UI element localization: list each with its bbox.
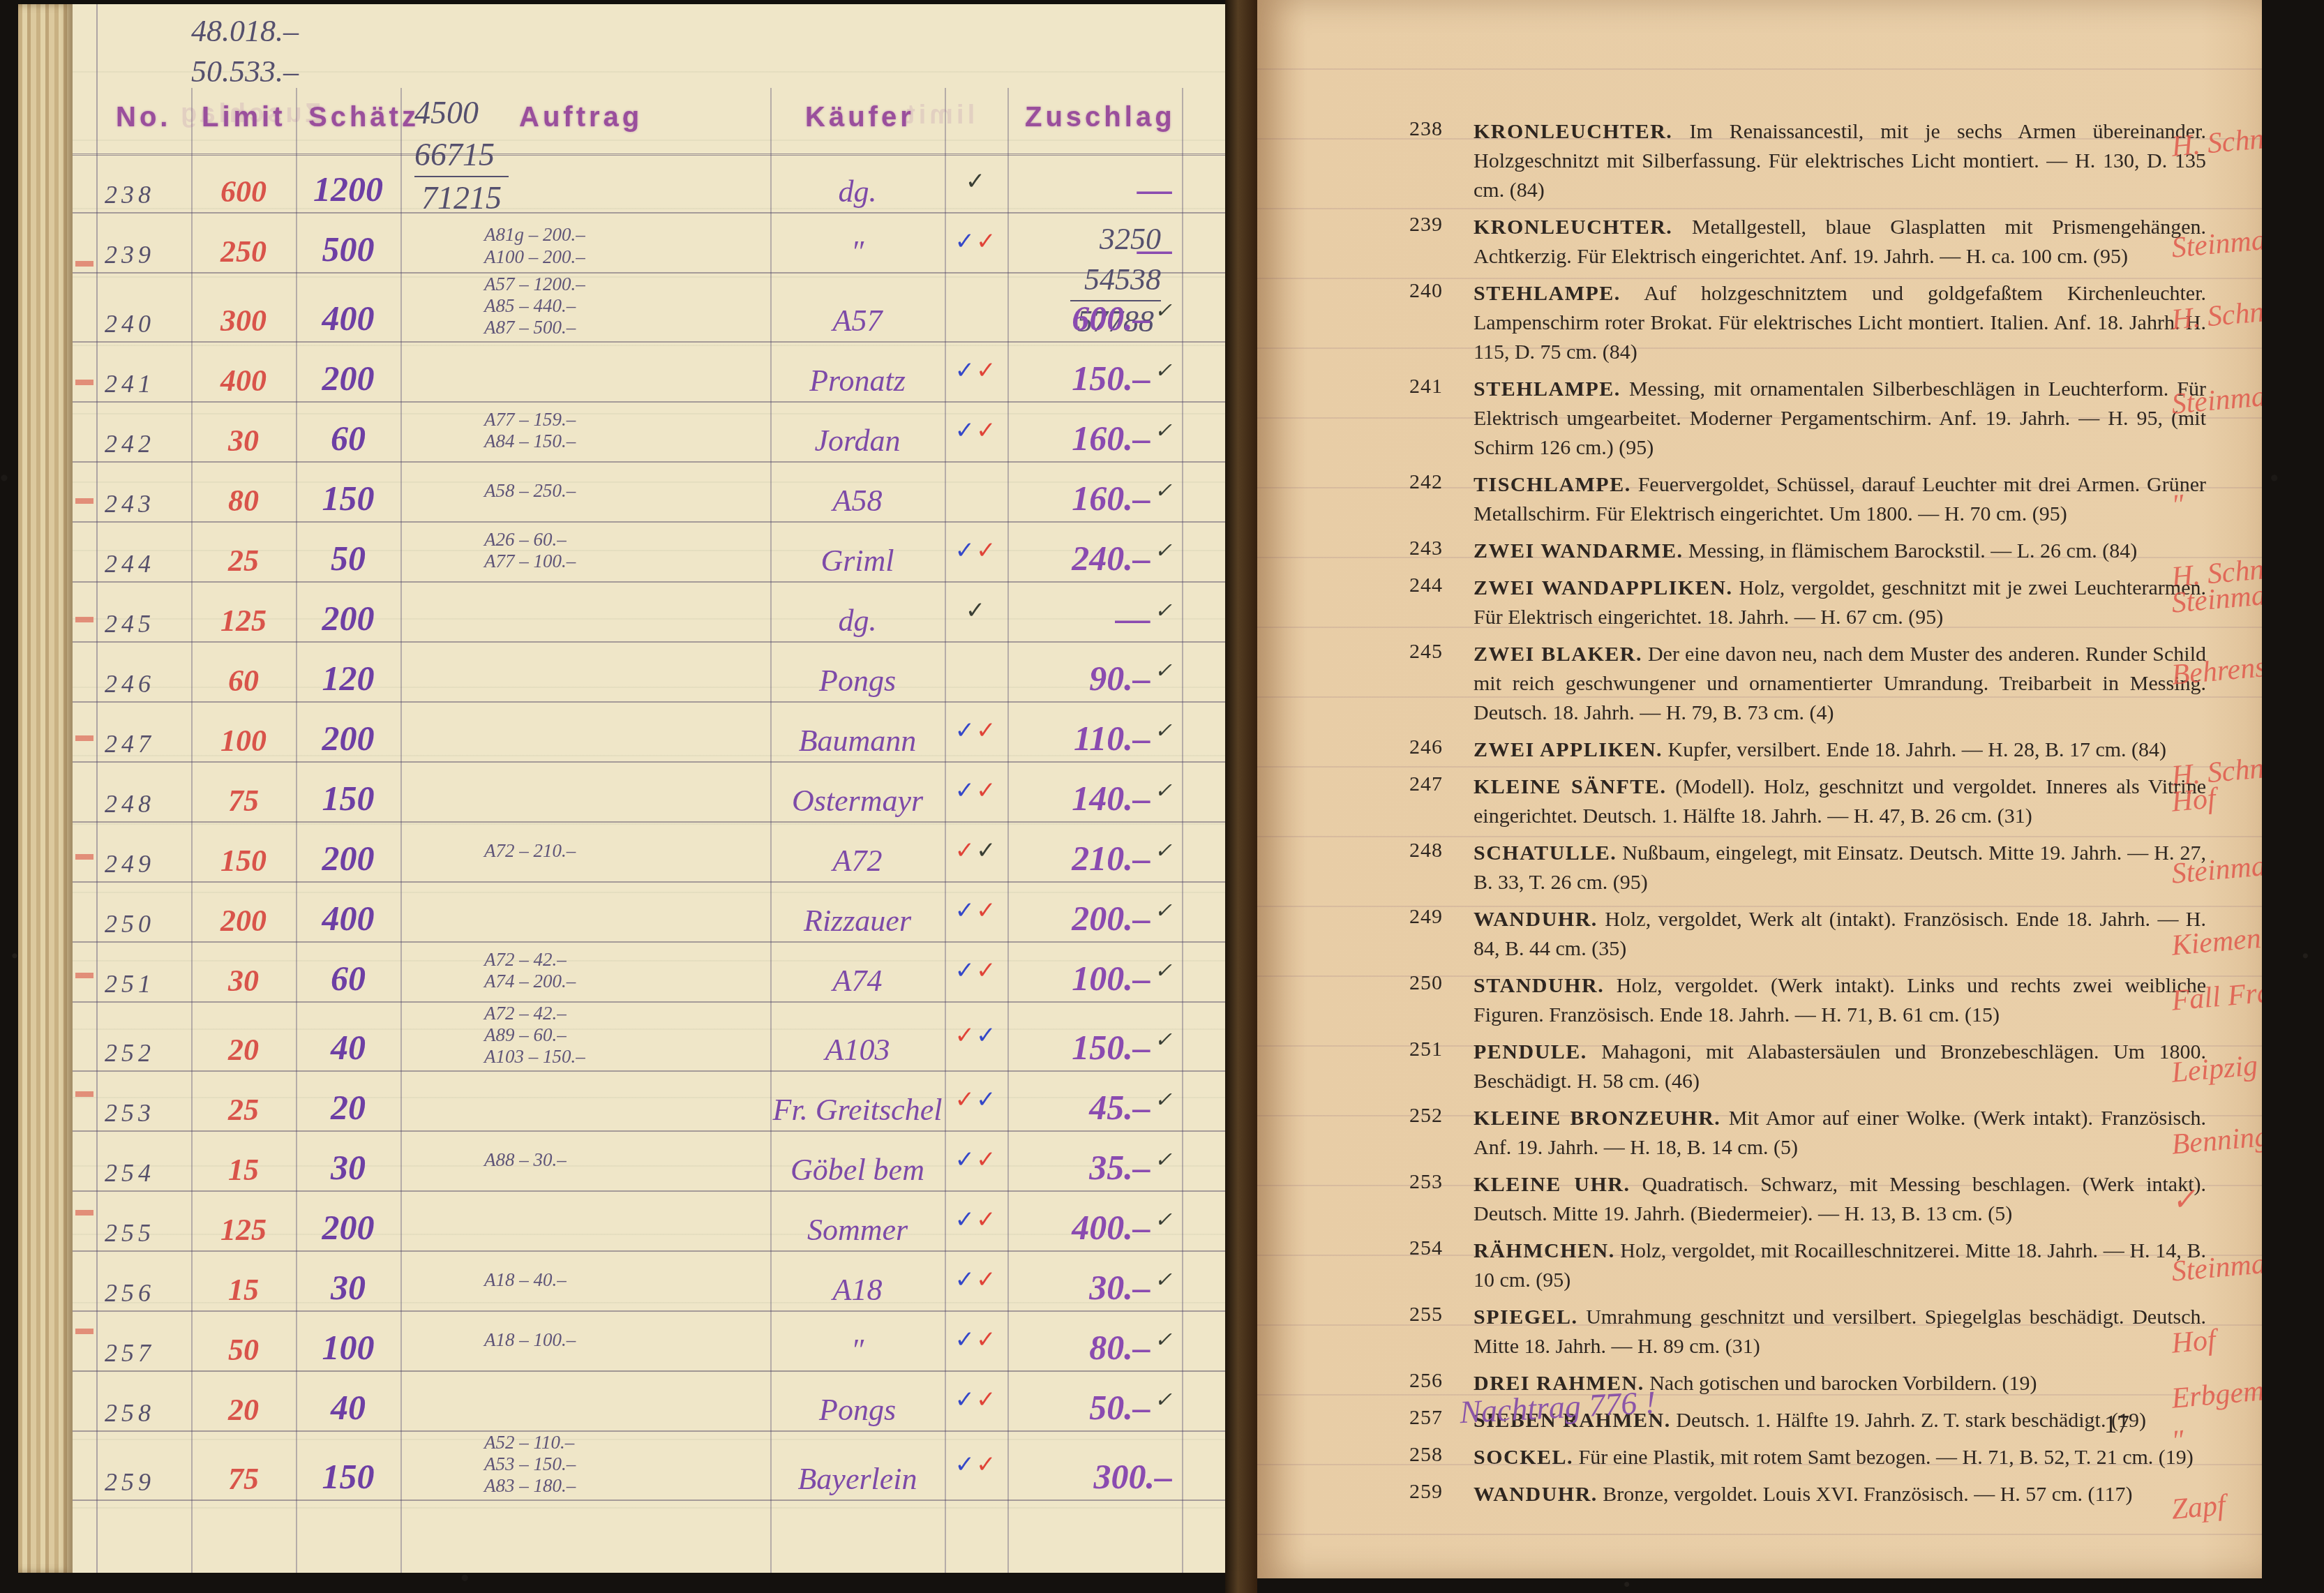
auftrag-bid-line: A58 – 250.– xyxy=(484,480,770,502)
catalog-entry: 259 WANDUHR. Bronze, vergoldet. Louis XV… xyxy=(1257,1480,2262,1509)
blue-checkmark-icon: ✓ xyxy=(955,1452,977,1478)
limit-value: 150 xyxy=(191,843,296,878)
dark-checkmark-icon: ✓ xyxy=(1155,1149,1172,1172)
hammer-price: 50.–✓ xyxy=(1007,1387,1182,1428)
entry-description: Kupfer, versilbert. Ende 18. Jahrh. — H.… xyxy=(1668,738,2166,761)
ledger-row: 255 125 200 Sommer ✓✓ 400.–✓ xyxy=(73,1192,1225,1252)
blue-checkmark-icon: ✓ xyxy=(955,1327,977,1353)
entry-text: WANDUHR. Bronze, vergoldet. Louis XVI. F… xyxy=(1474,1480,2206,1509)
check-marks: ✓✓ xyxy=(945,897,1007,925)
auftrag-bid-line: A52 – 110.– xyxy=(484,1432,770,1453)
dark-checkmark-icon: ✓ xyxy=(1155,839,1172,862)
ledger-row: 253 25 20 Fr. Greitschel ✓✓ 45.–✓ xyxy=(73,1072,1225,1132)
limit-totals: 48.018.– 50.533.– xyxy=(191,11,770,92)
lot-number: 250 xyxy=(100,909,191,938)
ledger-row: 257 50 100 A18 – 100.– ″ ✓✓ 80.–✓ xyxy=(73,1312,1225,1372)
entry-title: SOCKEL. xyxy=(1474,1446,1573,1469)
hammer-price: 140.–✓ xyxy=(1007,778,1182,818)
limit-value: 75 xyxy=(191,1461,296,1497)
entry-title: KRONLEUCHTER. xyxy=(1474,216,1672,239)
buyer-name: Jordan xyxy=(770,423,945,458)
dark-checkmark-icon: ✓ xyxy=(1155,719,1172,742)
hammer-price: 160.–✓ xyxy=(1007,418,1182,458)
ledger-row: 242 30 60 A77 – 159.–A84 – 150.– Jordan … xyxy=(73,403,1225,463)
catalog-entry: 247 KLEINE SÄNFTE. (Modell). Holz, gesch… xyxy=(1257,772,2262,831)
auftrag-bid-line: A26 – 60.– xyxy=(484,529,770,551)
hammer-price: 150.–✓ xyxy=(1007,358,1182,398)
entry-number: 253 xyxy=(1409,1170,1465,1194)
auftrag-bid-line: A77 – 100.– xyxy=(484,551,770,572)
estimate-value: 60 xyxy=(296,958,400,999)
lot-number: 240 xyxy=(100,309,191,338)
buyer-name: Pongs xyxy=(770,663,945,698)
entry-title: TISCHLAMPE. xyxy=(1474,473,1631,496)
entry-number: 243 xyxy=(1409,537,1465,560)
entry-number: 239 xyxy=(1409,213,1465,237)
dark-checkmark-icon: ✓ xyxy=(1155,1029,1172,1052)
auftrag-bids: A77 – 159.–A84 – 150.– xyxy=(400,409,770,452)
page-block-edge xyxy=(18,4,73,1573)
red-checkmark-icon: ✓ xyxy=(976,778,998,804)
limit-value: 600 xyxy=(191,174,296,209)
limit-value: 15 xyxy=(191,1152,296,1188)
entry-title: ZWEI WANDARME. xyxy=(1474,539,1683,562)
ledger-row: 258 20 40 Pongs ✓✓ 50.–✓ xyxy=(73,1372,1225,1432)
entry-number: 259 xyxy=(1409,1480,1465,1504)
dark-checkmark-icon: ✓ xyxy=(1155,899,1172,922)
check-marks: ✓✓ xyxy=(945,417,1007,444)
check-marks: ✓✓ xyxy=(945,1326,1007,1354)
blue-checkmark-icon: ✓ xyxy=(955,358,977,384)
auftrag-bids: A58 – 250.– xyxy=(400,480,770,502)
buyer-name: A57 xyxy=(770,303,945,338)
check-marks: ✓✓ xyxy=(945,227,1007,255)
blue-checkmark-icon: ✓ xyxy=(955,418,977,444)
entry-number: 252 xyxy=(1409,1104,1465,1128)
catalog-entry: 239 KRONLEUCHTER. Metallgestell, blaue G… xyxy=(1257,213,2262,271)
auftrag-bid-line: A77 – 159.– xyxy=(484,409,770,431)
entry-number: 254 xyxy=(1409,1236,1465,1260)
check-marks: ✓✓ xyxy=(945,957,1007,985)
catalog-entry: 253 KLEINE UHR. Quadratisch. Schwarz, mi… xyxy=(1257,1170,2262,1229)
limit-value: 250 xyxy=(191,234,296,269)
limit-value: 100 xyxy=(191,723,296,758)
entry-number: 246 xyxy=(1409,735,1465,759)
lot-number: 242 xyxy=(100,429,191,458)
ledger-row: 248 75 150 Ostermayr ✓✓ 140.–✓ xyxy=(73,763,1225,823)
lot-number: 248 xyxy=(100,789,191,818)
lot-number: 259 xyxy=(100,1467,191,1497)
entry-title: ZWEI BLAKER. xyxy=(1474,643,1642,666)
auftrag-bid-line: A87 – 500.– xyxy=(484,317,770,338)
lot-number: 251 xyxy=(100,969,191,999)
dark-checkmark-icon: ✓ xyxy=(1155,359,1172,382)
red-checkmark-icon: ✓ xyxy=(976,358,998,384)
ledger-row: 246 60 120 Pongs 90.–✓ xyxy=(73,643,1225,703)
entry-number: 256 xyxy=(1409,1369,1465,1393)
dark-checkmark-icon: ✓ xyxy=(966,598,987,624)
blue-checkmark-icon: ✓ xyxy=(955,1387,977,1413)
catalog-entry: 245 ZWEI BLAKER. Der eine davon neu, nac… xyxy=(1257,640,2262,728)
dark-checkmark-icon: ✓ xyxy=(1155,599,1172,622)
buyer-name: Bayerlein xyxy=(770,1461,945,1497)
entry-text: KLEINE BRONZEUHR. Mit Amor auf einer Wol… xyxy=(1474,1104,2206,1162)
dark-checkmark-icon: ✓ xyxy=(1155,1329,1172,1352)
estimate-value: 150 xyxy=(296,778,400,818)
bleed-through-text: limit xyxy=(903,100,975,130)
limit-value: 200 xyxy=(191,903,296,938)
entry-number: 257 xyxy=(1409,1406,1465,1430)
check-marks: ✓✓ xyxy=(945,1086,1007,1114)
dark-checkmark-icon: ✓ xyxy=(1155,1209,1172,1232)
entry-text: ZWEI BLAKER. Der eine davon neu, nach de… xyxy=(1474,640,2206,728)
estimate-value: 1200 xyxy=(296,169,400,209)
blue-checkmark-icon: ✓ xyxy=(955,229,977,255)
buyer-name: A74 xyxy=(770,963,945,999)
lot-number: 241 xyxy=(100,369,191,398)
lot-number: 244 xyxy=(100,549,191,578)
estimate-value: 30 xyxy=(296,1267,400,1308)
lot-number: 253 xyxy=(100,1098,191,1128)
limit-value: 20 xyxy=(191,1032,296,1068)
ledger-rows: 238 600 1200 dg. ✓ — 239 250 500 ″ ✓✓ — … xyxy=(73,154,1225,1501)
estimate-value: 200 xyxy=(296,838,400,878)
red-checkmark-icon: ✓ xyxy=(955,1023,977,1049)
entry-title: KLEINE BRONZEUHR. xyxy=(1474,1107,1720,1130)
check-marks: ✓✓ xyxy=(945,777,1007,805)
hammer-price: 150.–✓ xyxy=(1007,1027,1182,1068)
lot-number: 246 xyxy=(100,669,191,698)
buyer-name: ″ xyxy=(770,1332,945,1368)
limit-value: 60 xyxy=(191,663,296,698)
lot-number: 249 xyxy=(100,849,191,878)
catalog-page: 238 KRONLEUCHTER. Im Renaissancestil, mi… xyxy=(1257,0,2262,1578)
entry-text: WANDUHR. Holz, vergoldet, Werk alt (inta… xyxy=(1474,905,2206,964)
buyer-name: Pongs xyxy=(770,1392,945,1428)
estimate-value: 150 xyxy=(296,478,400,518)
entry-number: 240 xyxy=(1409,279,1465,303)
entry-title: STANDUHR. xyxy=(1474,974,1604,997)
auftrag-bids: A72 – 42.–A89 – 60.–A103 – 150.– xyxy=(400,1003,770,1068)
entry-title: KRONLEUCHTER. xyxy=(1474,120,1672,143)
dark-checkmark-icon: ✓ xyxy=(1155,299,1172,322)
entry-number: 245 xyxy=(1409,640,1465,664)
ledger-row: 244 25 50 A26 – 60.–A77 – 100.– Griml ✓✓… xyxy=(73,523,1225,583)
blue-checkmark-icon: ✓ xyxy=(955,778,977,804)
catalog-entry: 254 RÄHMCHEN. Holz, vergoldet, mit Rocai… xyxy=(1257,1236,2262,1295)
auftrag-bid-line: A103 – 150.– xyxy=(484,1046,770,1068)
hammer-price: 200.–✓ xyxy=(1007,898,1182,938)
entry-number: 249 xyxy=(1409,905,1465,929)
check-marks: ✓✓ xyxy=(945,1266,1007,1294)
estimate-value: 200 xyxy=(296,598,400,638)
buyer-name: A58 xyxy=(770,483,945,518)
entry-description: Umrahmung geschnitzt und versilbert. Spi… xyxy=(1474,1306,2206,1358)
entry-title: ZWEI APPLIKEN. xyxy=(1474,738,1663,761)
ledger-row: 243 80 150 A58 – 250.– A58 160.–✓ xyxy=(73,463,1225,523)
lot-number: 255 xyxy=(100,1218,191,1248)
catalog-entry: 240 STEHLAMPE. Auf holzgeschnitztem und … xyxy=(1257,279,2262,367)
limit-value: 125 xyxy=(191,1212,296,1248)
check-marks: ✓✓ xyxy=(945,537,1007,564)
catalog-entry: 252 KLEINE BRONZEUHR. Mit Amor auf einer… xyxy=(1257,1104,2262,1162)
auftrag-bid-line: A18 – 100.– xyxy=(484,1329,770,1351)
buyer-name: dg. xyxy=(770,174,945,209)
estimate-value: 400 xyxy=(296,298,400,338)
buyer-name: ″ xyxy=(770,234,945,269)
estimate-value: 120 xyxy=(296,658,400,698)
entry-number: 238 xyxy=(1409,117,1465,141)
ledger-row: 240 300 400 A57 – 1200.–A85 – 440.–A87 –… xyxy=(73,274,1225,343)
page-number: 17 xyxy=(2104,1409,2129,1439)
auftrag-bids: A88 – 30.– xyxy=(400,1149,770,1171)
entry-title: SPIEGEL. xyxy=(1474,1306,1578,1329)
estimate-value: 500 xyxy=(296,229,400,269)
limit-value: 80 xyxy=(191,483,296,518)
buyer-name: Sommer xyxy=(770,1212,945,1248)
entry-title: RÄHMCHEN. xyxy=(1474,1239,1615,1262)
entry-number: 250 xyxy=(1409,971,1465,995)
check-marks: ✓ xyxy=(945,167,1007,195)
entry-title: SCHATULLE. xyxy=(1474,842,1617,865)
leather-cover-right xyxy=(2262,0,2324,1593)
entry-text: KLEINE UHR. Quadratisch. Schwarz, mit Me… xyxy=(1474,1170,2206,1229)
ledger-row: 245 125 200 dg. ✓ —✓ xyxy=(73,583,1225,643)
limit-value: 125 xyxy=(191,603,296,638)
entry-title: KLEINE UHR. xyxy=(1474,1173,1630,1196)
entry-number: 258 xyxy=(1409,1443,1465,1467)
dark-checkmark-icon: ✓ xyxy=(1155,1269,1172,1292)
blue-checkmark-icon: ✓ xyxy=(976,1087,998,1113)
auftrag-bids: A72 – 42.–A74 – 200.– xyxy=(400,949,770,992)
entry-title: STEHLAMPE. xyxy=(1474,377,1621,401)
auftrag-bid-line: A57 – 1200.– xyxy=(484,274,770,295)
buyer-name: Griml xyxy=(770,543,945,578)
entry-description: Für eine Plastik, mit rotem Samt bezogen… xyxy=(1579,1446,2194,1469)
entry-description: Bronze, vergoldet. Louis XVI. Französisc… xyxy=(1603,1483,2132,1506)
ledger-row: 254 15 30 A88 – 30.– Göbel bem ✓✓ 35.–✓ xyxy=(73,1132,1225,1192)
hammer-price: 160.–✓ xyxy=(1007,478,1182,518)
blue-checkmark-icon: ✓ xyxy=(976,1023,998,1049)
ledger-row: 249 150 200 A72 – 210.– A72 ✓✓ 210.–✓ xyxy=(73,823,1225,883)
ledger-row: 241 400 200 Pronatz ✓✓ 150.–✓ xyxy=(73,343,1225,403)
catalog-entry: 243 ZWEI WANDARME. Messing, in flämische… xyxy=(1257,537,2262,566)
entry-number: 247 xyxy=(1409,772,1465,796)
book-spread-photo: No. Limit Schätz Auftrag Käufer Zuschlag… xyxy=(0,0,2324,1593)
hammer-price: 30.–✓ xyxy=(1007,1267,1182,1308)
entry-number: 251 xyxy=(1409,1038,1465,1061)
hammer-price: 400.–✓ xyxy=(1007,1207,1182,1248)
check-marks: ✓✓ xyxy=(945,1451,1007,1479)
entry-title: PENDULE. xyxy=(1474,1040,1587,1063)
limit-value: 300 xyxy=(191,303,296,338)
bleed-through-text: Zuschlag xyxy=(177,99,322,129)
hammer-price: 600.–✓ xyxy=(1007,298,1182,338)
catalog-entry: 258 SOCKEL. Für eine Plastik, mit rotem … xyxy=(1257,1443,2262,1472)
check-marks: ✓ xyxy=(945,597,1007,625)
header-kaeufer: Käufer xyxy=(805,102,915,133)
red-checkmark-icon: ✓ xyxy=(976,1387,998,1413)
red-checkmark-icon: ✓ xyxy=(976,958,998,984)
entry-title: ZWEI WANDAPPLIKEN. xyxy=(1474,576,1732,599)
entry-text: SOCKEL. Für eine Plastik, mit rotem Samt… xyxy=(1474,1443,2206,1472)
blue-checkmark-icon: ✓ xyxy=(955,718,977,744)
blue-checkmark-icon: ✓ xyxy=(955,898,977,924)
auftrag-bid-line: A53 – 150.– xyxy=(484,1453,770,1475)
entry-number: 242 xyxy=(1409,470,1465,494)
red-checkmark-icon: ✓ xyxy=(955,838,977,864)
catalog-entry: 250 STANDUHR. Holz, vergoldet. (Werk int… xyxy=(1257,971,2262,1030)
ledger-row: 238 600 1200 dg. ✓ — xyxy=(73,154,1225,214)
catalog-entry: 251 PENDULE. Mahagoni, mit Alabastersäul… xyxy=(1257,1038,2262,1096)
hammer-price: 110.–✓ xyxy=(1007,718,1182,758)
catalog-entry: 256 DREI RAHMEN. Nach gotischen und baro… xyxy=(1257,1369,2262,1398)
header-zuschlag: Zuschlag xyxy=(1025,102,1176,133)
limit-value: 400 xyxy=(191,363,296,398)
hammer-price: 90.–✓ xyxy=(1007,658,1182,698)
limit-value: 50 xyxy=(191,1332,296,1368)
blue-checkmark-icon: ✓ xyxy=(955,1147,977,1173)
hammer-price: 80.–✓ xyxy=(1007,1327,1182,1368)
limit-value: 25 xyxy=(191,543,296,578)
check-marks: ✓✓ xyxy=(945,1146,1007,1174)
lot-number: 256 xyxy=(100,1278,191,1308)
estimate-value: 150 xyxy=(296,1456,400,1497)
catalog-entry: 244 ZWEI WANDAPPLIKEN. Holz, vergoldet, … xyxy=(1257,574,2262,632)
blue-checkmark-icon: ✓ xyxy=(955,958,977,984)
auftrag-bids: A72 – 210.– xyxy=(400,840,770,862)
dark-checkmark-icon: ✓ xyxy=(1155,779,1172,802)
entry-title: WANDUHR. xyxy=(1474,1483,1598,1506)
ledger-row: 250 200 400 Rizzauer ✓✓ 200.–✓ xyxy=(73,883,1225,943)
auftrag-bid-line: A18 – 40.– xyxy=(484,1269,770,1291)
auftrag-bids: A52 – 110.–A53 – 150.–A83 – 180.– xyxy=(400,1432,770,1497)
ledger-row: 259 75 150 A52 – 110.–A53 – 150.–A83 – 1… xyxy=(73,1432,1225,1501)
buyer-name: Fr. Greitschel xyxy=(770,1092,945,1128)
catalog-entry: 241 STEHLAMPE. Messing, mit ornamentalen… xyxy=(1257,375,2262,463)
estimate-value: 20 xyxy=(296,1087,400,1128)
red-checkmark-icon: ✓ xyxy=(976,1207,998,1233)
red-checkmark-icon: ✓ xyxy=(976,1327,998,1353)
check-marks: ✓✓ xyxy=(945,717,1007,745)
limit-value: 30 xyxy=(191,423,296,458)
lot-number: 243 xyxy=(100,489,191,518)
limit-value: 20 xyxy=(191,1392,296,1428)
auftrag-bid-line: A72 – 42.– xyxy=(484,949,770,971)
entry-number: 244 xyxy=(1409,574,1465,597)
auftrag-bid-line: A83 – 180.– xyxy=(484,1475,770,1497)
check-marks: ✓✓ xyxy=(945,837,1007,865)
dark-checkmark-icon: ✓ xyxy=(1155,479,1172,502)
dark-checkmark-icon: ✓ xyxy=(966,169,987,195)
ledger-sheet: No. Limit Schätz Auftrag Käufer Zuschlag… xyxy=(73,4,1225,1573)
estimate-value: 400 xyxy=(296,898,400,938)
auftrag-bid-line: A72 – 210.– xyxy=(484,840,770,862)
limit-total-1: 48.018.– xyxy=(191,14,299,48)
ledger-row: 251 30 60 A72 – 42.–A74 – 200.– A74 ✓✓ 1… xyxy=(73,943,1225,1003)
lot-number: 252 xyxy=(100,1038,191,1068)
dark-checkmark-icon: ✓ xyxy=(1155,419,1172,442)
blue-checkmark-icon: ✓ xyxy=(955,1267,977,1293)
buyer-name: Rizzauer xyxy=(770,903,945,938)
auftrag-bid-line: A84 – 150.– xyxy=(484,431,770,452)
buyer-name: Baumann xyxy=(770,723,945,758)
entry-text: ZWEI APPLIKEN. Kupfer, versilbert. Ende … xyxy=(1474,735,2206,765)
entry-text: ZWEI WANDAPPLIKEN. Holz, vergoldet, gesc… xyxy=(1474,574,2206,632)
buyer-name: A103 xyxy=(770,1032,945,1068)
entry-text: TISCHLAMPE. Feuervergoldet, Schüssel, da… xyxy=(1474,470,2206,529)
auftrag-bids: A18 – 40.– xyxy=(400,1269,770,1291)
entry-title: WANDUHR. xyxy=(1474,908,1598,931)
lot-number: 258 xyxy=(100,1398,191,1428)
catalog-entry: 242 TISCHLAMPE. Feuervergoldet, Schüssel… xyxy=(1257,470,2262,529)
hammer-price: — xyxy=(1007,169,1182,209)
estimate-value: 200 xyxy=(296,718,400,758)
book-gutter xyxy=(1225,0,1257,1593)
buyer-name: Pronatz xyxy=(770,363,945,398)
check-marks: ✓✓ xyxy=(945,1206,1007,1234)
buyer-name: A72 xyxy=(770,843,945,878)
check-marks: ✓✓ xyxy=(945,357,1007,384)
dark-checkmark-icon: ✓ xyxy=(1155,659,1172,682)
lot-number: 239 xyxy=(100,240,191,269)
entry-title: KLEINE SÄNFTE. xyxy=(1474,775,1666,798)
entry-text: PENDULE. Mahagoni, mit Alabastersäulen u… xyxy=(1474,1038,2206,1096)
estimate-value: 100 xyxy=(296,1327,400,1368)
limit-value: 75 xyxy=(191,783,296,818)
entry-number: 255 xyxy=(1409,1303,1465,1326)
ledger-row: 252 20 40 A72 – 42.–A89 – 60.–A103 – 150… xyxy=(73,1003,1225,1072)
estimate-value: 50 xyxy=(296,538,400,578)
entry-text: KLEINE SÄNFTE. (Modell). Holz, geschnitz… xyxy=(1474,772,2206,831)
buyer-name: A18 xyxy=(770,1272,945,1308)
entry-text: STEHLAMPE. Auf holzgeschnitztem und gold… xyxy=(1474,279,2206,367)
hammer-price: —✓ xyxy=(1007,598,1182,638)
hammer-price: 45.–✓ xyxy=(1007,1087,1182,1128)
ledger-row: 256 15 30 A18 – 40.– A18 ✓✓ 30.–✓ xyxy=(73,1252,1225,1312)
ledger-header: No. Limit Schätz Auftrag Käufer Zuschlag… xyxy=(73,87,1225,156)
entry-title: STEHLAMPE. xyxy=(1474,282,1621,305)
entry-text: KRONLEUCHTER. Metallgestell, blaue Glasp… xyxy=(1474,213,2206,271)
dark-checkmark-icon: ✓ xyxy=(976,838,998,864)
header-no: No. xyxy=(116,102,171,133)
auftrag-bid-line: A74 – 200.– xyxy=(484,971,770,992)
dark-checkmark-icon: ✓ xyxy=(1155,959,1172,982)
auftrag-bid-line: A88 – 30.– xyxy=(484,1149,770,1171)
entry-text: STANDUHR. Holz, vergoldet. (Werk intakt)… xyxy=(1474,971,2206,1030)
lot-number: 257 xyxy=(100,1338,191,1368)
lot-number: 245 xyxy=(100,609,191,638)
estimate-value: 60 xyxy=(296,418,400,458)
estimate-value: 200 xyxy=(296,358,400,398)
catalog-entry: 238 KRONLEUCHTER. Im Renaissancestil, mi… xyxy=(1257,117,2262,205)
lot-number: 247 xyxy=(100,729,191,758)
hammer-price: 300.– xyxy=(1007,1456,1182,1497)
catalog-entry: 255 SPIEGEL. Umrahmung geschnitzt und ve… xyxy=(1257,1303,2262,1361)
limit-value: 15 xyxy=(191,1272,296,1308)
auftrag-bids: A18 – 100.– xyxy=(400,1329,770,1351)
entry-text: SPIEGEL. Umrahmung geschnitzt und versil… xyxy=(1474,1303,2206,1361)
check-marks: ✓✓ xyxy=(945,1386,1007,1414)
ledger-row: 239 250 500 ″ ✓✓ — xyxy=(73,214,1225,274)
entry-text: STEHLAMPE. Messing, mit ornamentalen Sil… xyxy=(1474,375,2206,463)
estimate-value: 40 xyxy=(296,1027,400,1068)
check-marks: ✓✓ xyxy=(945,1022,1007,1049)
header-auftrag: Auftrag xyxy=(519,102,643,133)
buyer-name: dg. xyxy=(770,603,945,638)
hammer-price: — xyxy=(1007,229,1182,269)
hammer-price: 210.–✓ xyxy=(1007,838,1182,878)
